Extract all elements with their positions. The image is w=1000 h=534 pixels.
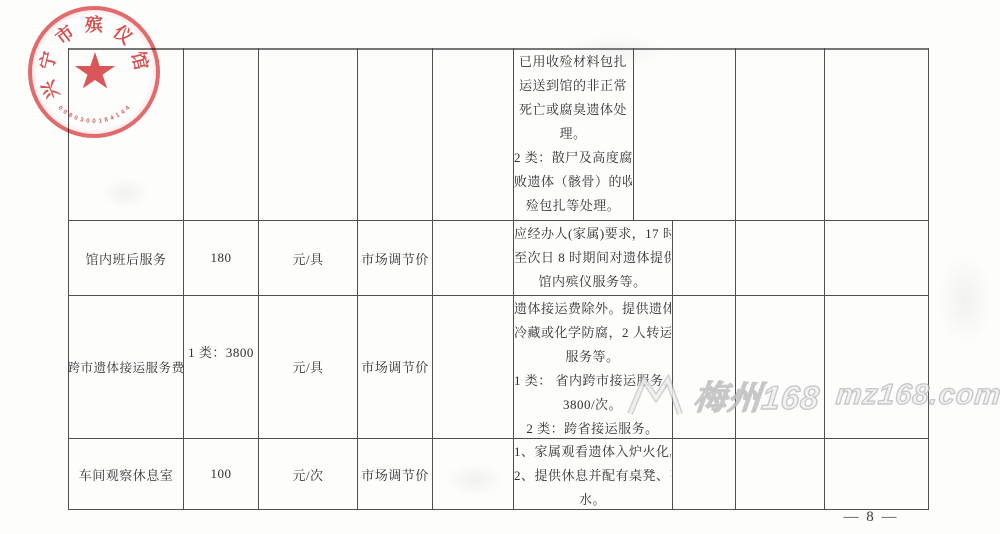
table-grid-line <box>633 48 634 220</box>
table-grid-line <box>735 48 736 510</box>
price-cell: 180 <box>184 221 258 295</box>
table-grid-line <box>824 48 825 510</box>
service-description-cell: 1、家属观看遗体入炉火化。 2、提供休息并配有桌凳、茶 水。 <box>514 440 671 509</box>
page-number: — 8 — <box>836 509 906 526</box>
description-line: 死亡或腐臭遗体处 <box>514 98 632 122</box>
unit-cell: 元/具 <box>259 221 357 295</box>
description-line: 3800/次。 <box>514 393 671 417</box>
description-line: 至次日 8 时期间对遗体提供 <box>514 246 671 270</box>
table-grid-line <box>672 220 673 510</box>
pricing-type-cell: 市场调节价 <box>358 439 432 509</box>
service-name-cell: 馆内班后服务 <box>69 221 183 295</box>
unit-cell: 元/次 <box>259 439 357 509</box>
price-cell: 1 类：3800 <box>184 296 258 437</box>
description-line: 殓包扎等处理。 <box>514 194 632 218</box>
seal-serial-digit: 1 <box>98 118 102 124</box>
description-line: 水。 <box>514 488 671 509</box>
scanned-price-document: 已用收殓材料包扎 运送到馆的非正常 死亡或腐臭遗体处 理。 2 类：散尸及高度腐… <box>0 0 1000 534</box>
description-line: 2 类：跨省接运服务。 <box>514 417 671 437</box>
description-line: 遗体接运费除外。提供遗体 <box>514 297 671 321</box>
watermark-site-domain: mz168.com <box>834 379 1000 412</box>
description-line: 馆内殡仪服务等。 <box>514 270 671 294</box>
service-description-cell: 已用收殓材料包扎 运送到馆的非正常 死亡或腐臭遗体处 理。 2 类：散尸及高度腐… <box>514 50 632 218</box>
watermark: 梅州168 mz168.com <box>626 372 1000 419</box>
scan-smudge <box>90 170 160 216</box>
description-line: 应经办人(家属)要求，17 时 <box>514 222 671 246</box>
pricing-type-cell: 市场调节价 <box>358 296 432 437</box>
description-line: 败遗体（骸骨）的收 <box>514 170 632 194</box>
description-line: 已用收殓材料包扎 <box>514 50 632 74</box>
seal-serial-digit: 0 <box>92 119 95 125</box>
unit-cell: 元/具 <box>259 296 357 437</box>
table-grid-line <box>432 48 433 510</box>
description-line: 1 类： 省内跨市接运服务， <box>514 369 671 393</box>
price-cell: 100 <box>184 439 258 509</box>
seal-arc-char: 殡 <box>85 11 103 37</box>
description-line: 理。 <box>514 122 632 146</box>
pricing-type-cell: 市场调节价 <box>358 221 432 295</box>
scan-smudge <box>925 235 1000 365</box>
service-name-cell: 跨市遗体接运服务费 <box>69 296 183 437</box>
service-name-cell: 车间观察休息室 <box>69 439 183 509</box>
description-line: 2、提供休息并配有桌凳、茶 <box>514 464 671 488</box>
service-description-cell: 遗体接运费除外。提供遗体 冷藏或化学防腐，2 人转运 服务等。 1 类： 省内跨… <box>514 297 671 437</box>
description-line: 冷藏或化学防腐，2 人转运 <box>514 321 671 345</box>
official-seal: 兴宁市殡仪馆 4414810030800 <box>28 6 160 138</box>
table-grid-line <box>68 509 928 510</box>
table-grid-line <box>68 48 928 50</box>
table-grid-line <box>928 48 929 510</box>
watermark-site-name: 梅州168 <box>692 372 823 419</box>
description-line: 服务等。 <box>514 345 671 369</box>
scan-smudge <box>430 455 520 505</box>
description-line: 2 类：散尸及高度腐 <box>514 146 632 170</box>
service-description-cell: 应经办人(家属)要求，17 时 至次日 8 时期间对遗体提供 馆内殡仪服务等。 <box>514 222 671 294</box>
description-line: 1、家属观看遗体入炉火化。 <box>514 440 671 464</box>
description-line: 运送到馆的非正常 <box>514 74 632 98</box>
